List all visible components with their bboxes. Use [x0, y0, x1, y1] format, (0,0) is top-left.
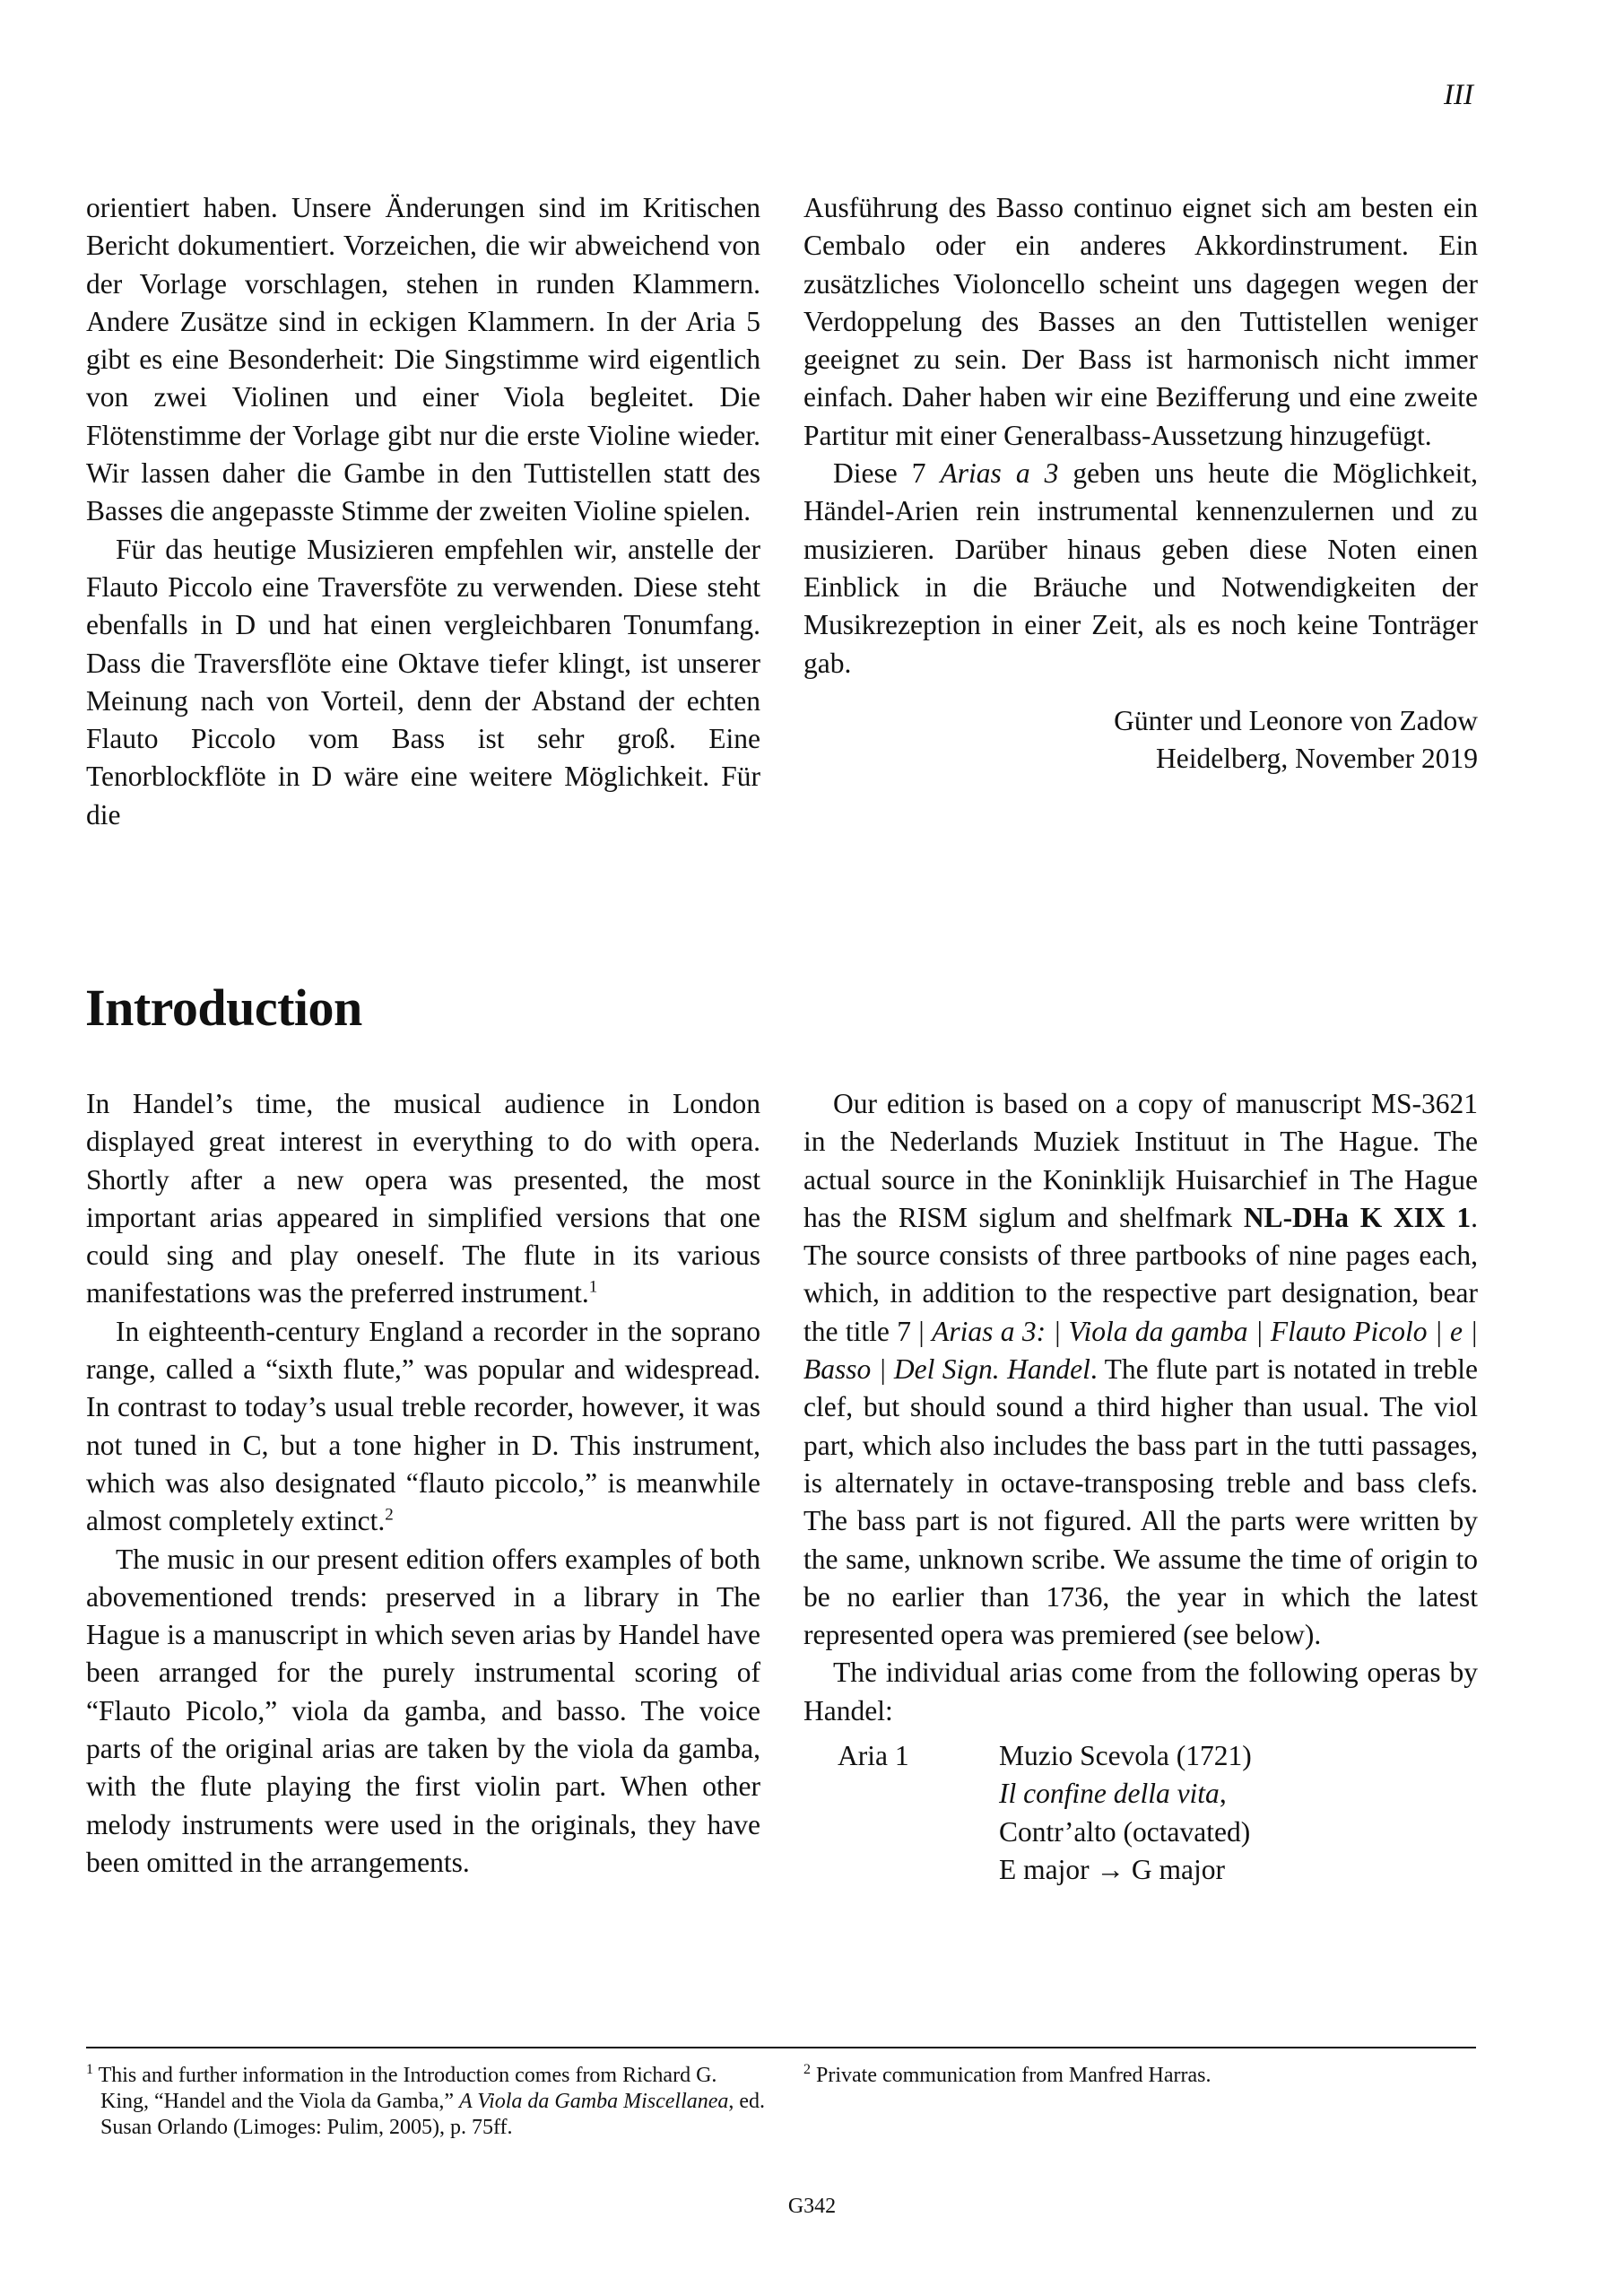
footnote-ref[interactable]: 1: [589, 1278, 598, 1297]
aria-title: Il confine della vita,: [999, 1775, 1478, 1813]
aria-details: Muzio Scevola (1721) Il confine della vi…: [999, 1737, 1478, 1889]
german-text-right-column: Ausführung des Basso continuo eignet sic…: [803, 189, 1478, 778]
german-paragraph: Für das heutige Musizieren empfehlen wir…: [86, 531, 760, 834]
intro-paragraph: In eighteenth-century England a recorder…: [86, 1313, 760, 1541]
footnote-number: 1: [86, 2062, 93, 2077]
introduction-right-column: Our edition is based on a copy of manusc…: [803, 1085, 1478, 1889]
section-heading: Introduction: [85, 978, 362, 1038]
intro-paragraph: In Handel’s time, the musical audience i…: [86, 1085, 760, 1313]
rism-shelfmark: NL-DHa K XIX 1: [1244, 1202, 1471, 1233]
german-paragraph: orientiert haben. Unsere Änderungen sind…: [86, 189, 760, 531]
footnote-ref[interactable]: 2: [385, 1506, 394, 1525]
aria-opera: Muzio Scevola (1721): [999, 1737, 1478, 1775]
aria-list-item: Aria 1 Muzio Scevola (1721) Il confine d…: [838, 1737, 1478, 1889]
german-paragraph: Diese 7 Arias a 3 geben uns heute die Mö…: [803, 455, 1478, 683]
intro-paragraph: The music in our present edition offers …: [86, 1541, 760, 1883]
intro-paragraph: Our edition is based on a copy of manusc…: [803, 1085, 1478, 1654]
footnote-1: 1 This and further information in the In…: [86, 2063, 768, 2141]
intro-paragraph: The individual arias come from the follo…: [803, 1654, 1478, 1730]
signature-names: Günter und Leonore von Zadow: [803, 702, 1478, 740]
aria-key: E major → G major: [999, 1851, 1478, 1889]
cited-work: A Viola da Gamba Miscellanea: [459, 2090, 728, 2113]
footnote-divider: [86, 2047, 1476, 2048]
footnote-number: 2: [803, 2062, 811, 2077]
page-footer-code: G342: [0, 2195, 1624, 2219]
signature-place-date: Heidelberg, November 2019: [803, 740, 1478, 778]
work-title: Arias a 3: [941, 457, 1059, 489]
page-number: III: [1444, 79, 1473, 112]
signature: Günter und Leonore von Zadow Heidelberg,…: [803, 702, 1478, 778]
german-text-left-column: orientiert haben. Unsere Änderungen sind…: [86, 189, 760, 834]
aria-voice: Contr’alto (octavated): [999, 1813, 1478, 1851]
aria-label: Aria 1: [838, 1737, 999, 1889]
introduction-left-column: In Handel’s time, the musical audience i…: [86, 1085, 760, 1882]
footnote-2: 2 Private communication from Manfred Har…: [803, 2063, 1478, 2089]
german-paragraph: Ausführung des Basso continuo eignet sic…: [803, 189, 1478, 455]
